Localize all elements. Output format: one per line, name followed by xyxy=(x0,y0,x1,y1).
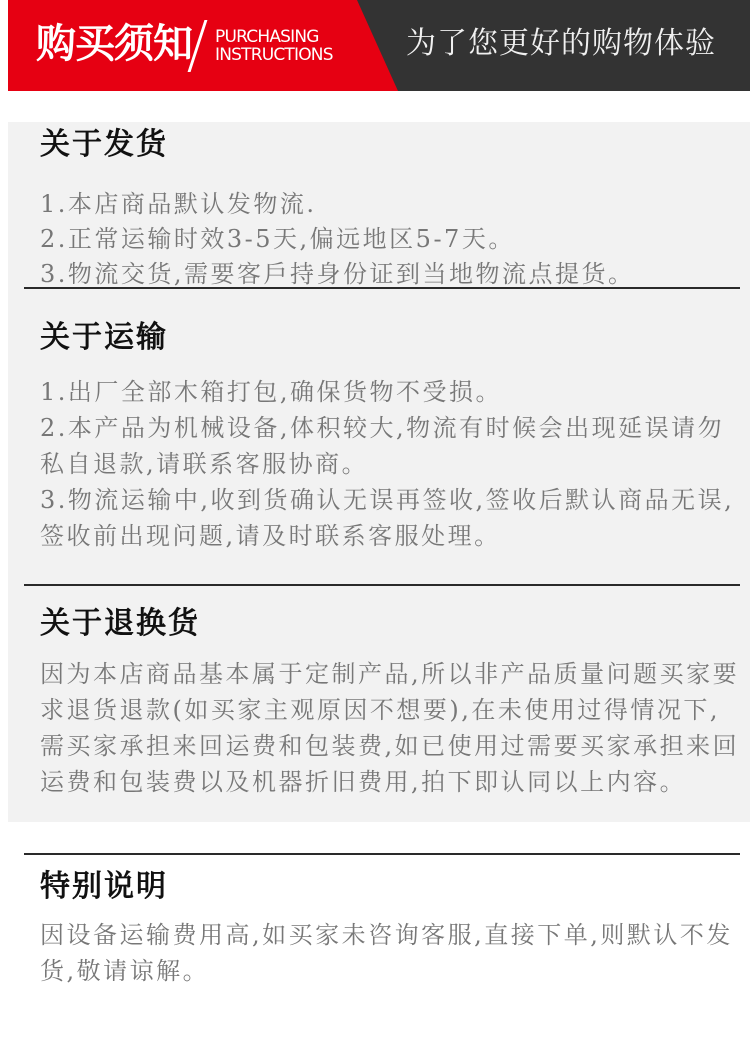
divider xyxy=(24,853,740,855)
header-english-line-1: PURCHASING xyxy=(215,28,333,46)
header-banner: 购买须知 PURCHASING INSTRUCTIONS 为了您更好的购物体验 xyxy=(8,0,750,91)
header-title: 购买须知 xyxy=(36,14,192,74)
section-line: 因为本店商品基本属于定制产品,所以非产品质量问题买家要求退货退款(如买家主观原因… xyxy=(40,656,740,800)
section-shipping: 关于发货 1.本店商品默认发物流. 2.正常运输时效3-5天,偏远地区5-7天。… xyxy=(40,125,740,292)
section-transport: 关于运输 1.出厂全部木箱打包,确保货物不受损。 2.本产品为机械设备,体积较大… xyxy=(40,318,740,554)
header-slogan: 为了您更好的购物体验 xyxy=(406,22,716,66)
section-line: 2.正常运输时效3-5天,偏远地区5-7天。 xyxy=(40,222,740,257)
header-english-line-2: INSTRUCTIONS xyxy=(215,46,333,64)
section-line: 1.本店商品默认发物流. xyxy=(40,187,740,222)
section-line: 1.出厂全部木箱打包,确保货物不受损。 xyxy=(40,374,740,410)
section-returns: 关于退换货 因为本店商品基本属于定制产品,所以非产品质量问题买家要求退货退款(如… xyxy=(40,604,740,800)
section-title: 关于发货 xyxy=(40,125,740,165)
section-special-note: 特别说明 因设备运输费用高,如买家未咨询客服,直接下单,则默认不发货,敬请谅解。 xyxy=(40,867,740,989)
section-body: 因设备运输费用高,如买家未咨询客服,直接下单,则默认不发货,敬请谅解。 xyxy=(40,917,740,989)
section-body: 1.出厂全部木箱打包,确保货物不受损。 2.本产品为机械设备,体积较大,物流有时… xyxy=(40,374,740,554)
section-title: 关于运输 xyxy=(40,318,740,358)
section-line: 3.物流运输中,收到货确认无误再签收,签收后默认商品无误,签收前出现问题,请及时… xyxy=(40,482,740,554)
section-body: 因为本店商品基本属于定制产品,所以非产品质量问题买家要求退货退款(如买家主观原因… xyxy=(40,656,740,800)
section-title: 关于退换货 xyxy=(40,604,740,644)
section-line: 2.本产品为机械设备,体积较大,物流有时候会出现延误请勿私自退款,请联系客服协商… xyxy=(40,410,740,482)
header-english-title: PURCHASING INSTRUCTIONS xyxy=(215,28,333,64)
divider xyxy=(24,584,740,586)
divider xyxy=(24,287,740,289)
section-line: 因设备运输费用高,如买家未咨询客服,直接下单,则默认不发货,敬请谅解。 xyxy=(40,917,740,989)
section-title: 特别说明 xyxy=(40,867,740,907)
section-body: 1.本店商品默认发物流. 2.正常运输时效3-5天,偏远地区5-7天。 3.物流… xyxy=(40,187,740,292)
